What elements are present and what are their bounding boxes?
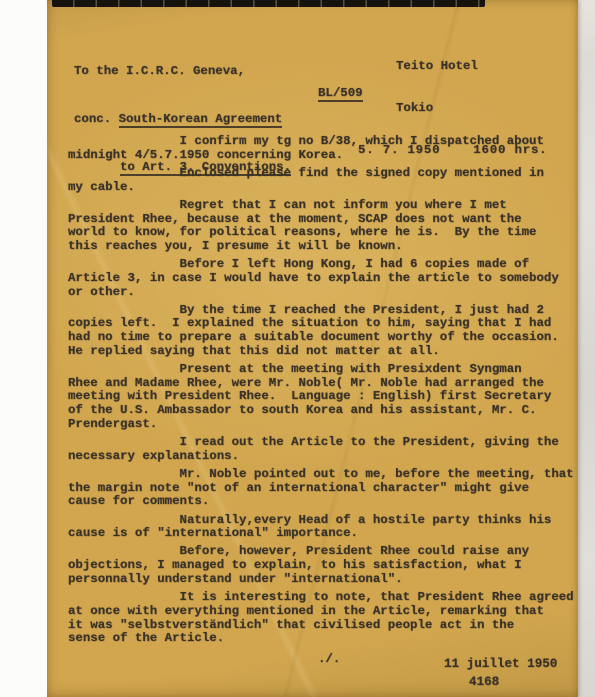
- paragraph: Enclosed please find the signed copy men…: [68, 167, 583, 194]
- addressee-line: conc. South-Korean Agreement: [74, 111, 291, 127]
- paragraph: Before I left Hong Kong, I had 6 copies …: [68, 258, 583, 299]
- footer-date: 11 juillet 1950: [444, 657, 557, 671]
- reference-number: BL/509: [318, 86, 363, 100]
- addressee-conc-prefix: conc.: [74, 112, 119, 126]
- addressee-line: To the I.C.R.C. Geneva,: [74, 63, 291, 79]
- sender-hotel: Teito Hotel: [358, 59, 547, 73]
- paragraph: Before, however, President Rhee could ra…: [68, 545, 583, 586]
- letter-body: I confirm my tg no B/38, which I dispatc…: [68, 135, 583, 650]
- paragraph: By the time I reached the President, I j…: [68, 304, 583, 359]
- top-edge-dashes: [52, 0, 485, 7]
- continuation-mark: ./.: [318, 652, 340, 666]
- paragraph: Present at the meeting with Presixdent S…: [68, 363, 583, 432]
- paragraph: Mr. Noble pointed out to me, before the …: [68, 468, 583, 509]
- paragraph: I confirm my tg no B/38, which I dispatc…: [68, 135, 583, 162]
- paragraph: It is interesting to note, that Presiden…: [68, 591, 583, 646]
- sender-city: Tokio: [358, 101, 547, 115]
- addressee-subject: South-Korean Agreement: [119, 112, 283, 128]
- letter-page: To the I.C.R.C. Geneva, conc. South-Kore…: [47, 0, 578, 697]
- paragraph: Naturally,every Head of a hostile party …: [68, 514, 583, 541]
- scanned-letter: To the I.C.R.C. Geneva, conc. South-Kore…: [0, 0, 595, 697]
- footer-registry-number: 4168: [469, 675, 499, 689]
- paragraph: I read out the Article to the President,…: [68, 436, 583, 463]
- paragraph: Regret that I can not inform you where I…: [68, 199, 583, 254]
